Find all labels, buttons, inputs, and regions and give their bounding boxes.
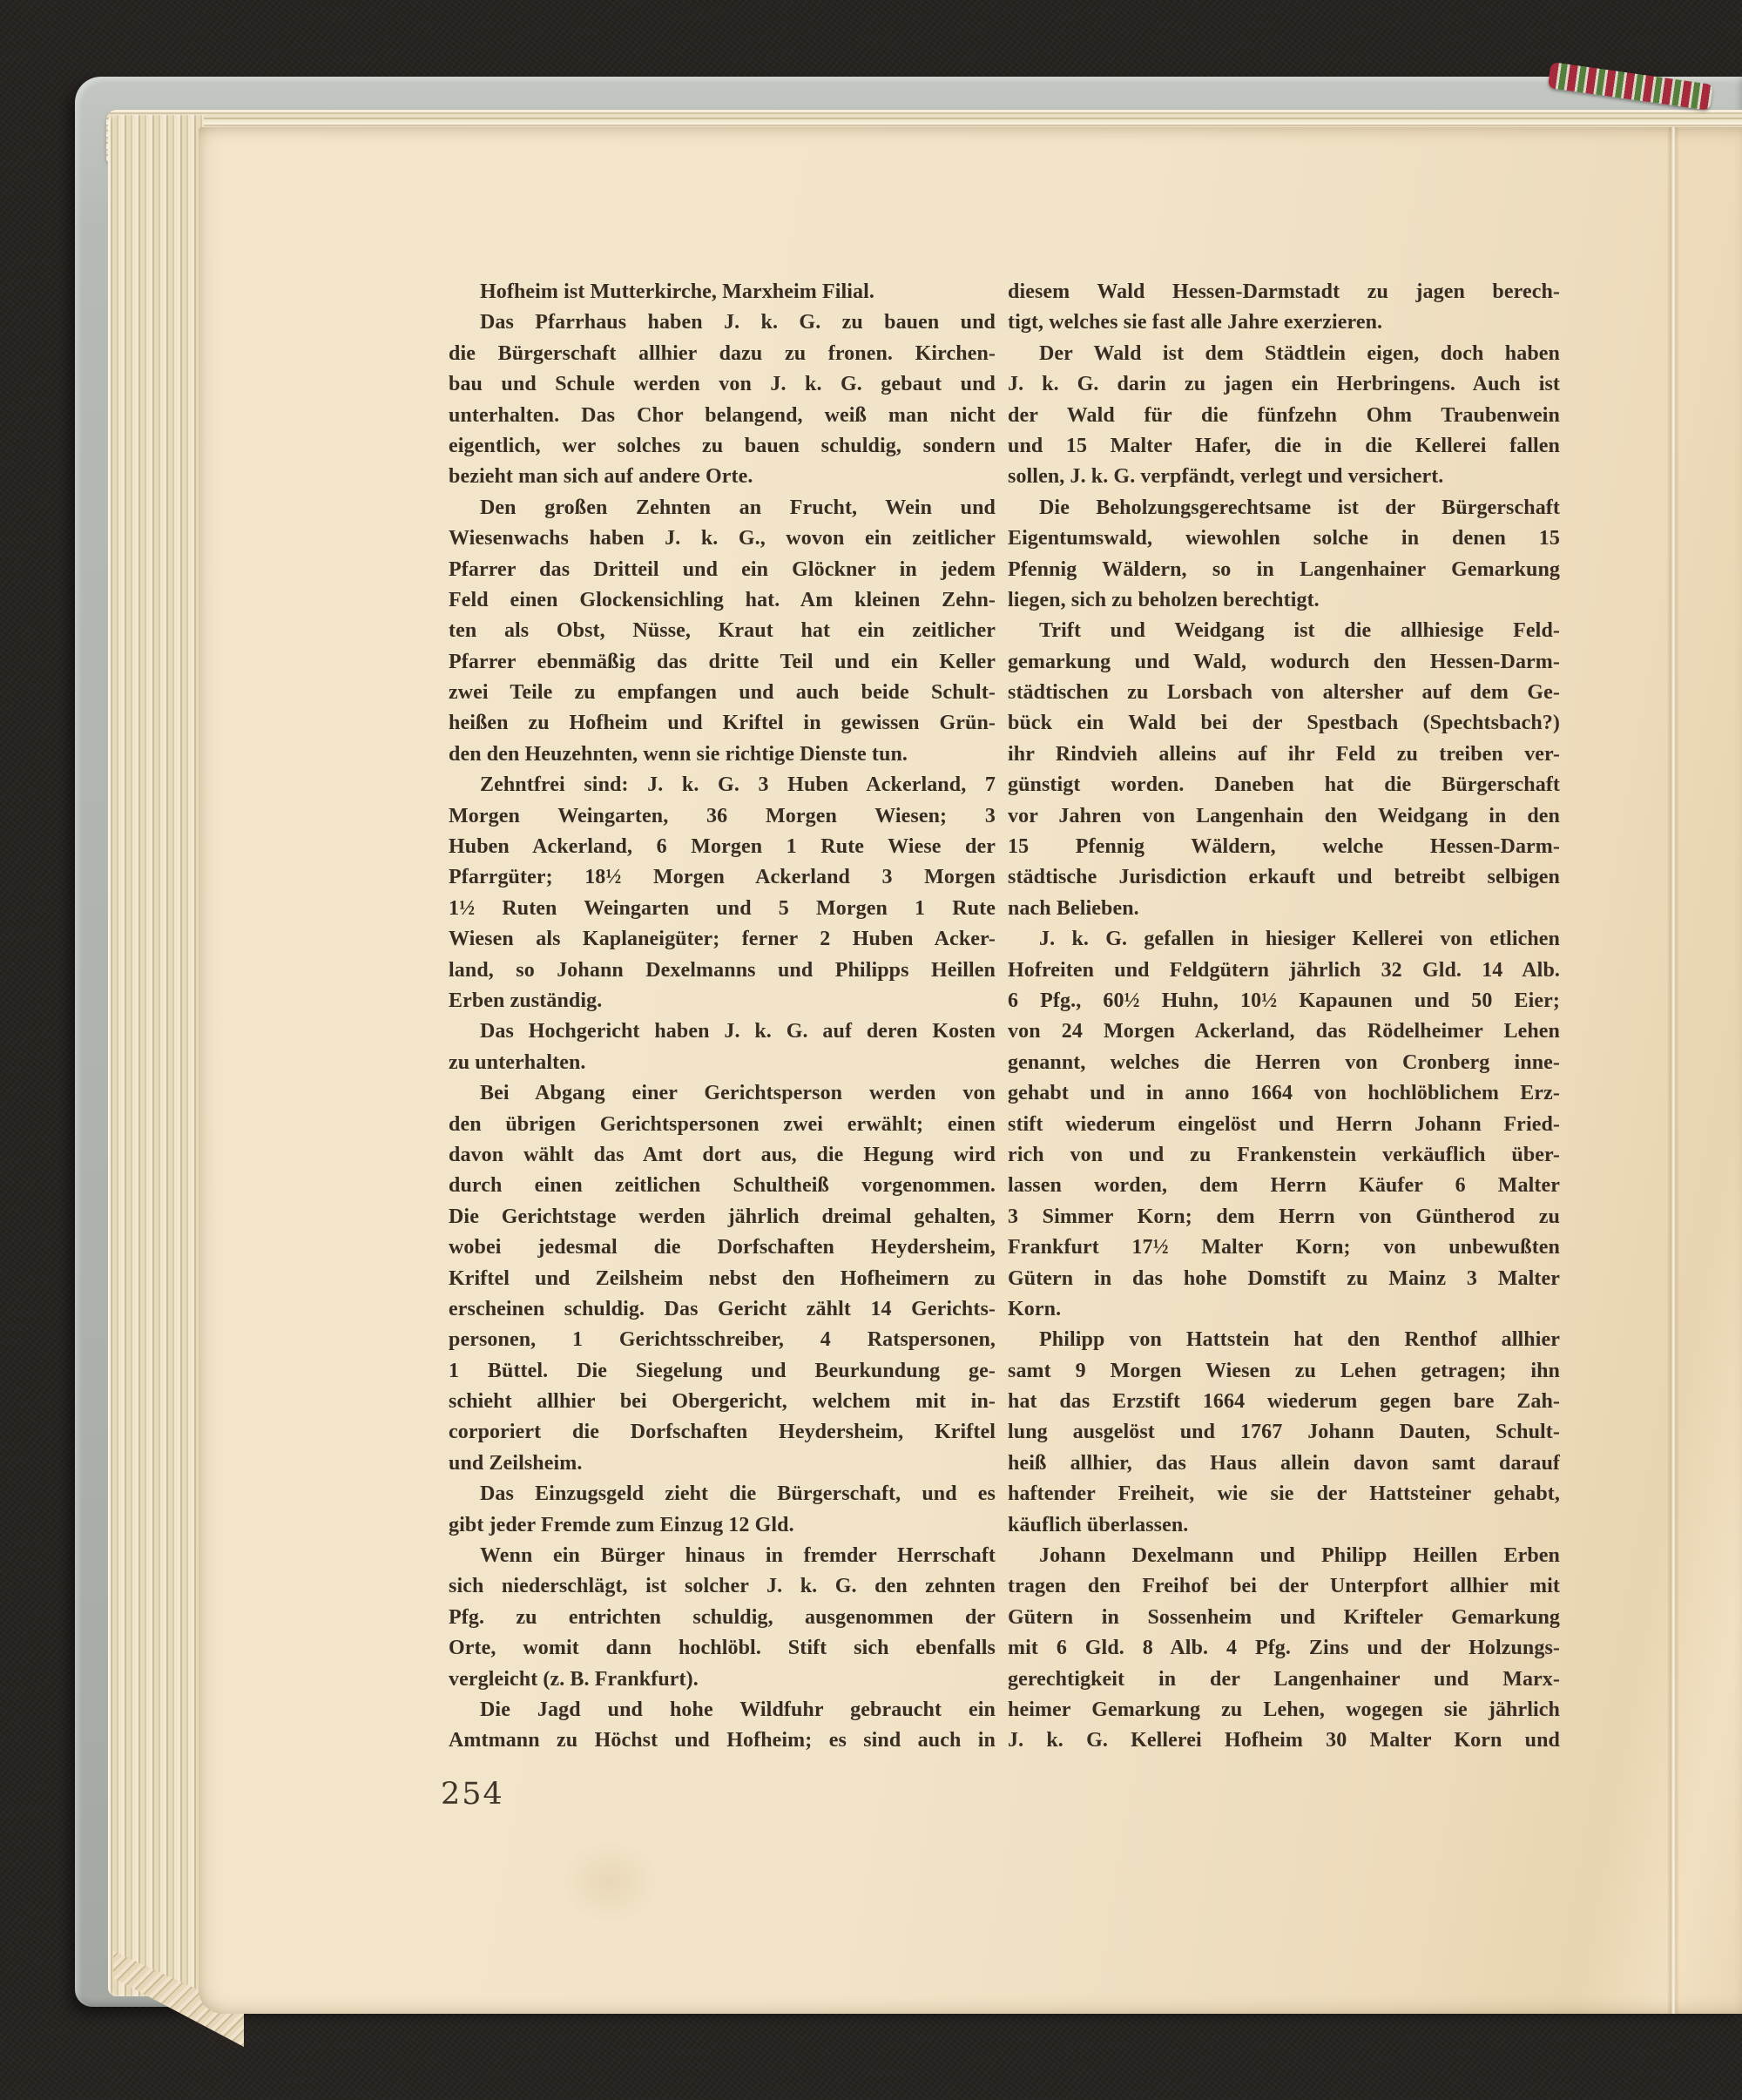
text-line: Erben zuständig.: [449, 986, 996, 1016]
text-line: wobei jedesmal die Dorfschaften Heydersh…: [449, 1232, 996, 1263]
text-line: gerechtigkeit in der Langenhainer und Ma…: [1008, 1664, 1560, 1695]
text-line: erscheinen schuldig. Das Gericht zählt 1…: [449, 1294, 996, 1325]
text-line: Johann Dexelmann und Philipp Heillen Erb…: [1008, 1541, 1560, 1571]
text-line: schieht allhier bei Obergericht, welchem…: [449, 1387, 996, 1417]
text-line: diesem Wald Hessen-Darmstadt zu jagen be…: [1008, 277, 1560, 307]
text-line: gemarkung und Wald, wodurch den Hessen-D…: [1008, 647, 1560, 678]
text-line: mit 6 Gld. 8 Alb. 4 Pfg. Zins und der Ho…: [1008, 1633, 1560, 1664]
text-line: nach Belieben.: [1008, 894, 1560, 924]
text-line: hat das Erzstift 1664 wiederum gegen bar…: [1008, 1387, 1560, 1417]
text-line: und 15 Malter Hafer, die in die Kellerei…: [1008, 431, 1560, 462]
text-line: haftender Freiheit, wie sie der Hattstei…: [1008, 1479, 1560, 1509]
text-line: die Bürgerschaft allhier dazu zu fronen.…: [449, 339, 996, 369]
text-line: und Zeilsheim.: [449, 1448, 996, 1479]
text-line: corporiert die Dorfschaften Heydersheim,…: [449, 1417, 996, 1448]
text-line: zwei Teile zu empfangen und auch beide S…: [449, 678, 996, 708]
text-line: käuflich überlassen.: [1008, 1510, 1560, 1541]
text-line: sich niederschlägt, ist solcher J. k. G.…: [449, 1571, 996, 1602]
text-line: lassen worden, dem Herrn Käufer 6 Malter: [1008, 1171, 1560, 1201]
text-line: Pfarrgüter; 18½ Morgen Ackerland 3 Morge…: [449, 862, 996, 893]
text-line: Pfennig Wäldern, so in Langenhainer Gema…: [1008, 555, 1560, 585]
text-line: Amtmann zu Höchst und Hofheim; es sind a…: [449, 1725, 996, 1756]
text-line: Korn.: [1008, 1294, 1560, 1325]
text-line: Den großen Zehnten an Frucht, Wein und: [449, 493, 996, 523]
text-line: eigentlich, wer solches zu bauen schuldi…: [449, 431, 996, 462]
text-line: Bei Abgang einer Gerichtsperson werden v…: [449, 1078, 996, 1109]
text-line: ihr Rindvieh alleins auf ihr Feld zu tre…: [1008, 739, 1560, 770]
text-line: Wenn ein Bürger hinaus in fremder Herrsc…: [449, 1541, 996, 1571]
text-line: Die Jagd und hohe Wildfuhr gebraucht ein: [449, 1695, 996, 1725]
text-line: heiß allhier, das Haus allein davon samt…: [1008, 1448, 1560, 1479]
text-line: 1½ Ruten Weingarten und 5 Morgen 1 Rute: [449, 894, 996, 924]
text-line: bück ein Wald bei der Spestbach (Spechts…: [1008, 708, 1560, 739]
text-line: sollen, J. k. G. verpfändt, verlegt und …: [1008, 462, 1560, 492]
text-line: J. k. G. Kellerei Hofheim 30 Malter Korn…: [1008, 1725, 1560, 1756]
text-line: land, so Johann Dexelmanns und Philipps …: [449, 955, 996, 986]
text-line: Das Pfarrhaus haben J. k. G. zu bauen un…: [449, 307, 996, 338]
text-line: lung ausgelöst und 1767 Johann Dauten, S…: [1008, 1417, 1560, 1448]
text-line: Pfarrer ebenmäßig das dritte Teil und ei…: [449, 647, 996, 678]
text-line: J. k. G. gefallen in hiesiger Kellerei v…: [1008, 924, 1560, 955]
text-line: samt 9 Morgen Wiesen zu Lehen getragen; …: [1008, 1356, 1560, 1387]
text-line: liegen, sich zu beholzen berechtigt.: [1008, 585, 1560, 616]
text-line: der Wald für die fünfzehn Ohm Traubenwei…: [1008, 401, 1560, 431]
text-line: städtischen zu Lorsbach von altersher au…: [1008, 678, 1560, 708]
text-line: 3 Simmer Korn; dem Herrn von Güntherod z…: [1008, 1202, 1560, 1232]
text-line: Das Einzugsgeld zieht die Bürgerschaft, …: [449, 1479, 996, 1509]
text-line: Gütern in Sossenheim und Krifteler Gemar…: [1008, 1603, 1560, 1633]
text-line: Hofreiten und Feldgütern jährlich 32 Gld…: [1008, 955, 1560, 986]
text-line: personen, 1 Gerichtsschreiber, 4 Ratsper…: [449, 1325, 996, 1355]
text-line: vergleicht (z. B. Frankfurt).: [449, 1664, 996, 1695]
text-line: Kriftel und Zeilsheim nebst den Hofheime…: [449, 1264, 996, 1294]
text-line: bezieht man sich auf andere Orte.: [449, 462, 996, 492]
text-line: Feld einen Glockensichling hat. Am klein…: [449, 585, 996, 616]
text-line: genannt, welches die Herren von Cronberg…: [1008, 1048, 1560, 1078]
text-line: Die Gerichtstage werden jährlich dreimal…: [449, 1202, 996, 1232]
text-line: Der Wald ist dem Städtlein eigen, doch h…: [1008, 339, 1560, 369]
text-line: heißen zu Hofheim und Kriftel in gewisse…: [449, 708, 996, 739]
text-line: Wiesenwachs haben J. k. G., wovon ein ze…: [449, 523, 996, 554]
text-line: von 24 Morgen Ackerland, das Rödelheimer…: [1008, 1016, 1560, 1047]
text-column-left: Hofheim ist Mutterkirche, Marxheim Filia…: [449, 277, 996, 1757]
text-line: Orte, womit dann hochlöbl. Stift sich eb…: [449, 1633, 996, 1664]
text-line: heimer Gemarkung zu Lehen, wogegen sie j…: [1008, 1695, 1560, 1725]
text-line: Morgen Weingarten, 36 Morgen Wiesen; 3: [449, 801, 996, 832]
text-line: Frankfurt 17½ Malter Korn; von unbewußte…: [1008, 1232, 1560, 1263]
text-line: 6 Pfg., 60½ Huhn, 10½ Kapaunen und 50 Ei…: [1008, 986, 1560, 1016]
text-line: J. k. G. darin zu jagen ein Herbringens.…: [1008, 369, 1560, 400]
text-line: davon wählt das Amt dort aus, die Hegung…: [449, 1140, 996, 1171]
text-line: Gütern in das hohe Domstift zu Mainz 3 M…: [1008, 1264, 1560, 1294]
paper-stain: [557, 1838, 662, 1925]
text-line: städtische Jurisdiction erkauft und betr…: [1008, 862, 1560, 893]
text-line: 15 Pfennig Wäldern, welche Hessen-Darm-: [1008, 832, 1560, 862]
text-line: Wiesen als Kaplaneigüter; ferner 2 Huben…: [449, 924, 996, 955]
text-line: Das Hochgericht haben J. k. G. auf deren…: [449, 1016, 996, 1047]
text-line: den den Heuzehnten, wenn sie richtige Di…: [449, 739, 996, 770]
text-line: rich von und zu Frankenstein verkäuflich…: [1008, 1140, 1560, 1171]
text-line: zu unterhalten.: [449, 1048, 996, 1078]
gutter-crease: [1667, 127, 1679, 2014]
text-line: stift wiederum eingelöst und Herrn Johan…: [1008, 1110, 1560, 1140]
text-line: Trift und Weidgang ist die allhiesige Fe…: [1008, 616, 1560, 646]
text-line: durch einen zeitlichen Schultheiß vorgen…: [449, 1171, 996, 1201]
text-line: Philipp von Hattstein hat den Renthof al…: [1008, 1325, 1560, 1355]
text-line: Die Beholzungsgerechtsame ist der Bürger…: [1008, 493, 1560, 523]
text-line: gehabt und in anno 1664 von hochlöbliche…: [1008, 1078, 1560, 1109]
text-line: Pfg. zu entrichten schuldig, ausgenommen…: [449, 1603, 996, 1633]
text-column-right: diesem Wald Hessen-Darmstadt zu jagen be…: [1008, 277, 1560, 1757]
book-scan: Hofheim ist Mutterkirche, Marxheim Filia…: [0, 0, 1742, 2100]
text-line: den übrigen Gerichtspersonen zwei erwähl…: [449, 1110, 996, 1140]
text-line: Huben Ackerland, 6 Morgen 1 Rute Wiese d…: [449, 832, 996, 862]
text-line: tigt, welches sie fast alle Jahre exerzi…: [1008, 307, 1560, 338]
text-line: vor Jahren von Langenhain den Weidgang i…: [1008, 801, 1560, 832]
text-line: günstigt worden. Daneben hat die Bürgers…: [1008, 770, 1560, 800]
text-line: ten als Obst, Nüsse, Kraut hat ein zeitl…: [449, 616, 996, 646]
text-line: Hofheim ist Mutterkirche, Marxheim Filia…: [449, 277, 996, 307]
text-line: Zehntfrei sind: J. k. G. 3 Huben Ackerla…: [449, 770, 996, 800]
text-line: Eigentumswald, wiewohlen solche in denen…: [1008, 523, 1560, 554]
text-line: unterhalten. Das Chor belangend, weiß ma…: [449, 401, 996, 431]
text-line: Pfarrer das Dritteil und ein Glöckner in…: [449, 555, 996, 585]
text-line: tragen den Freihof bei der Unterpfort al…: [1008, 1571, 1560, 1602]
page-edges-fore-edge: [108, 115, 204, 1996]
text-line: bau und Schule werden von J. k. G. gebau…: [449, 369, 996, 400]
page-number: 254: [441, 1777, 504, 1812]
text-line: 1 Büttel. Die Siegelung und Beurkundung …: [449, 1356, 996, 1387]
text-line: gibt jeder Fremde zum Einzug 12 Gld.: [449, 1510, 996, 1541]
